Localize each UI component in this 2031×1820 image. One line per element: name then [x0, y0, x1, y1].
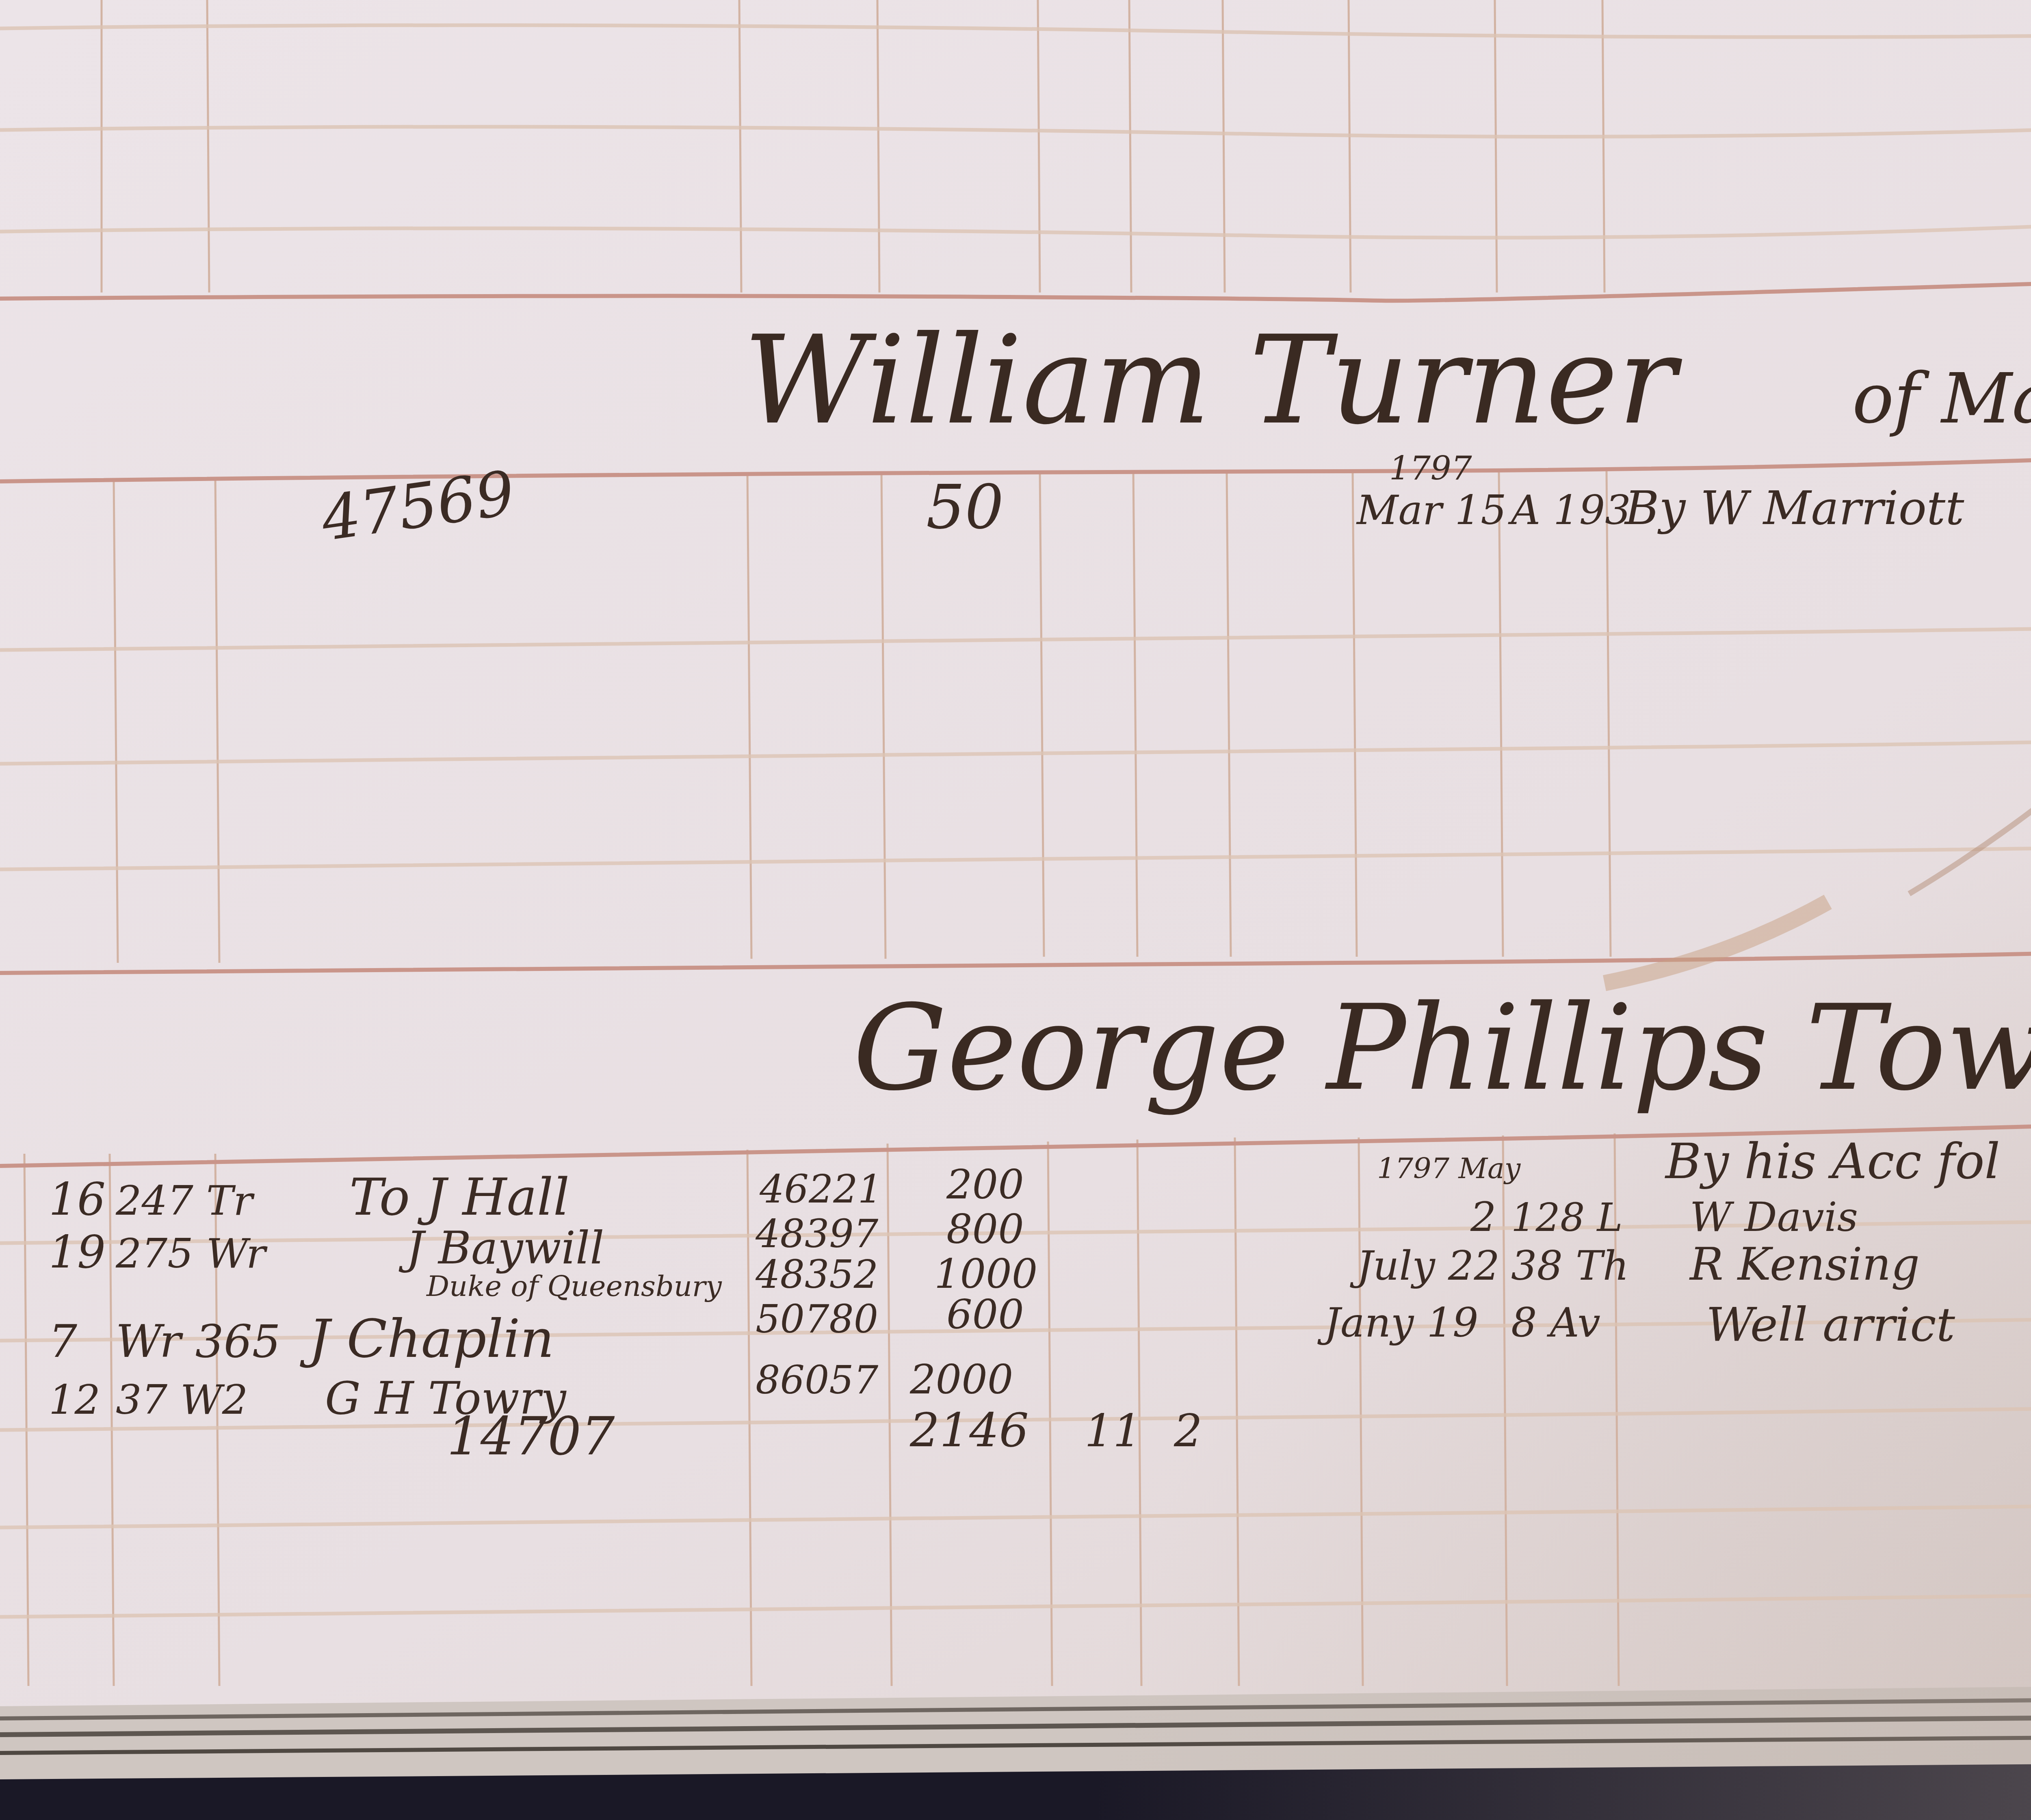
debit-note: 14707	[447, 1405, 615, 1467]
svg-text:2146: 2146	[909, 1403, 1029, 1458]
svg-text:Duke of Queensbury: Duke of Queensbury	[426, 1270, 722, 1303]
svg-text:16: 16	[49, 1173, 106, 1225]
svg-text:July 22: July 22	[1350, 1242, 1500, 1289]
svg-text:48397: 48397	[755, 1212, 879, 1257]
svg-text:Well arrict: Well arrict	[1706, 1298, 1955, 1352]
account-name: William Turner	[743, 310, 1682, 451]
svg-text:600: 600	[946, 1291, 1024, 1338]
credit-date: Mar 15	[1356, 486, 1507, 534]
svg-text:2000: 2000	[909, 1356, 1013, 1403]
svg-text:By his Acc fol: By his Acc fol	[1665, 1133, 2000, 1190]
svg-text:2: 2	[1470, 1193, 1496, 1241]
svg-text:50780: 50780	[756, 1297, 878, 1342]
svg-text:J Chaplin: J Chaplin	[300, 1308, 554, 1369]
svg-text:Jany 19: Jany 19	[1317, 1299, 1479, 1346]
svg-text:37 W2: 37 W2	[116, 1376, 248, 1423]
credit-ref: A 193	[1508, 486, 1631, 534]
svg-text:275 Wr: 275 Wr	[115, 1230, 268, 1277]
account-address: of Maiden Lane	[1852, 359, 2031, 439]
svg-text:2: 2	[1174, 1405, 1202, 1457]
svg-text:247 Tr: 247 Tr	[115, 1177, 255, 1224]
svg-text:19: 19	[49, 1226, 106, 1278]
credit-description: By W Marriott	[1624, 481, 1964, 535]
svg-text:1797 May: 1797 May	[1377, 1152, 1521, 1185]
account-name: George Phillips Towry	[853, 980, 2031, 1117]
svg-text:8 Av: 8 Av	[1511, 1299, 1600, 1346]
debit-amount: 50	[926, 472, 1004, 543]
credit-year: 1797	[1389, 449, 1472, 487]
svg-text:46221: 46221	[759, 1167, 882, 1212]
svg-text:200: 200	[946, 1161, 1024, 1208]
svg-text:J Baywill: J Baywill	[398, 1222, 604, 1274]
svg-text:48352: 48352	[755, 1252, 878, 1297]
svg-text:To J Hall: To J Hall	[349, 1168, 569, 1227]
svg-text:11: 11	[1085, 1405, 1141, 1457]
ledger-photograph: William Turner of Maiden Lane 47569 50 1…	[0, 0, 2031, 1820]
svg-text:38 Th: 38 Th	[1511, 1242, 1629, 1289]
svg-text:12: 12	[49, 1376, 100, 1423]
svg-text:Wr 365: Wr 365	[116, 1315, 281, 1367]
svg-text:800: 800	[946, 1205, 1024, 1253]
svg-text:R Kensing: R Kensing	[1689, 1238, 1920, 1290]
svg-text:86057: 86057	[756, 1358, 879, 1403]
svg-text:128 L: 128 L	[1511, 1196, 1623, 1240]
svg-text:7: 7	[49, 1315, 77, 1367]
svg-text:W Davis: W Davis	[1690, 1193, 1858, 1241]
